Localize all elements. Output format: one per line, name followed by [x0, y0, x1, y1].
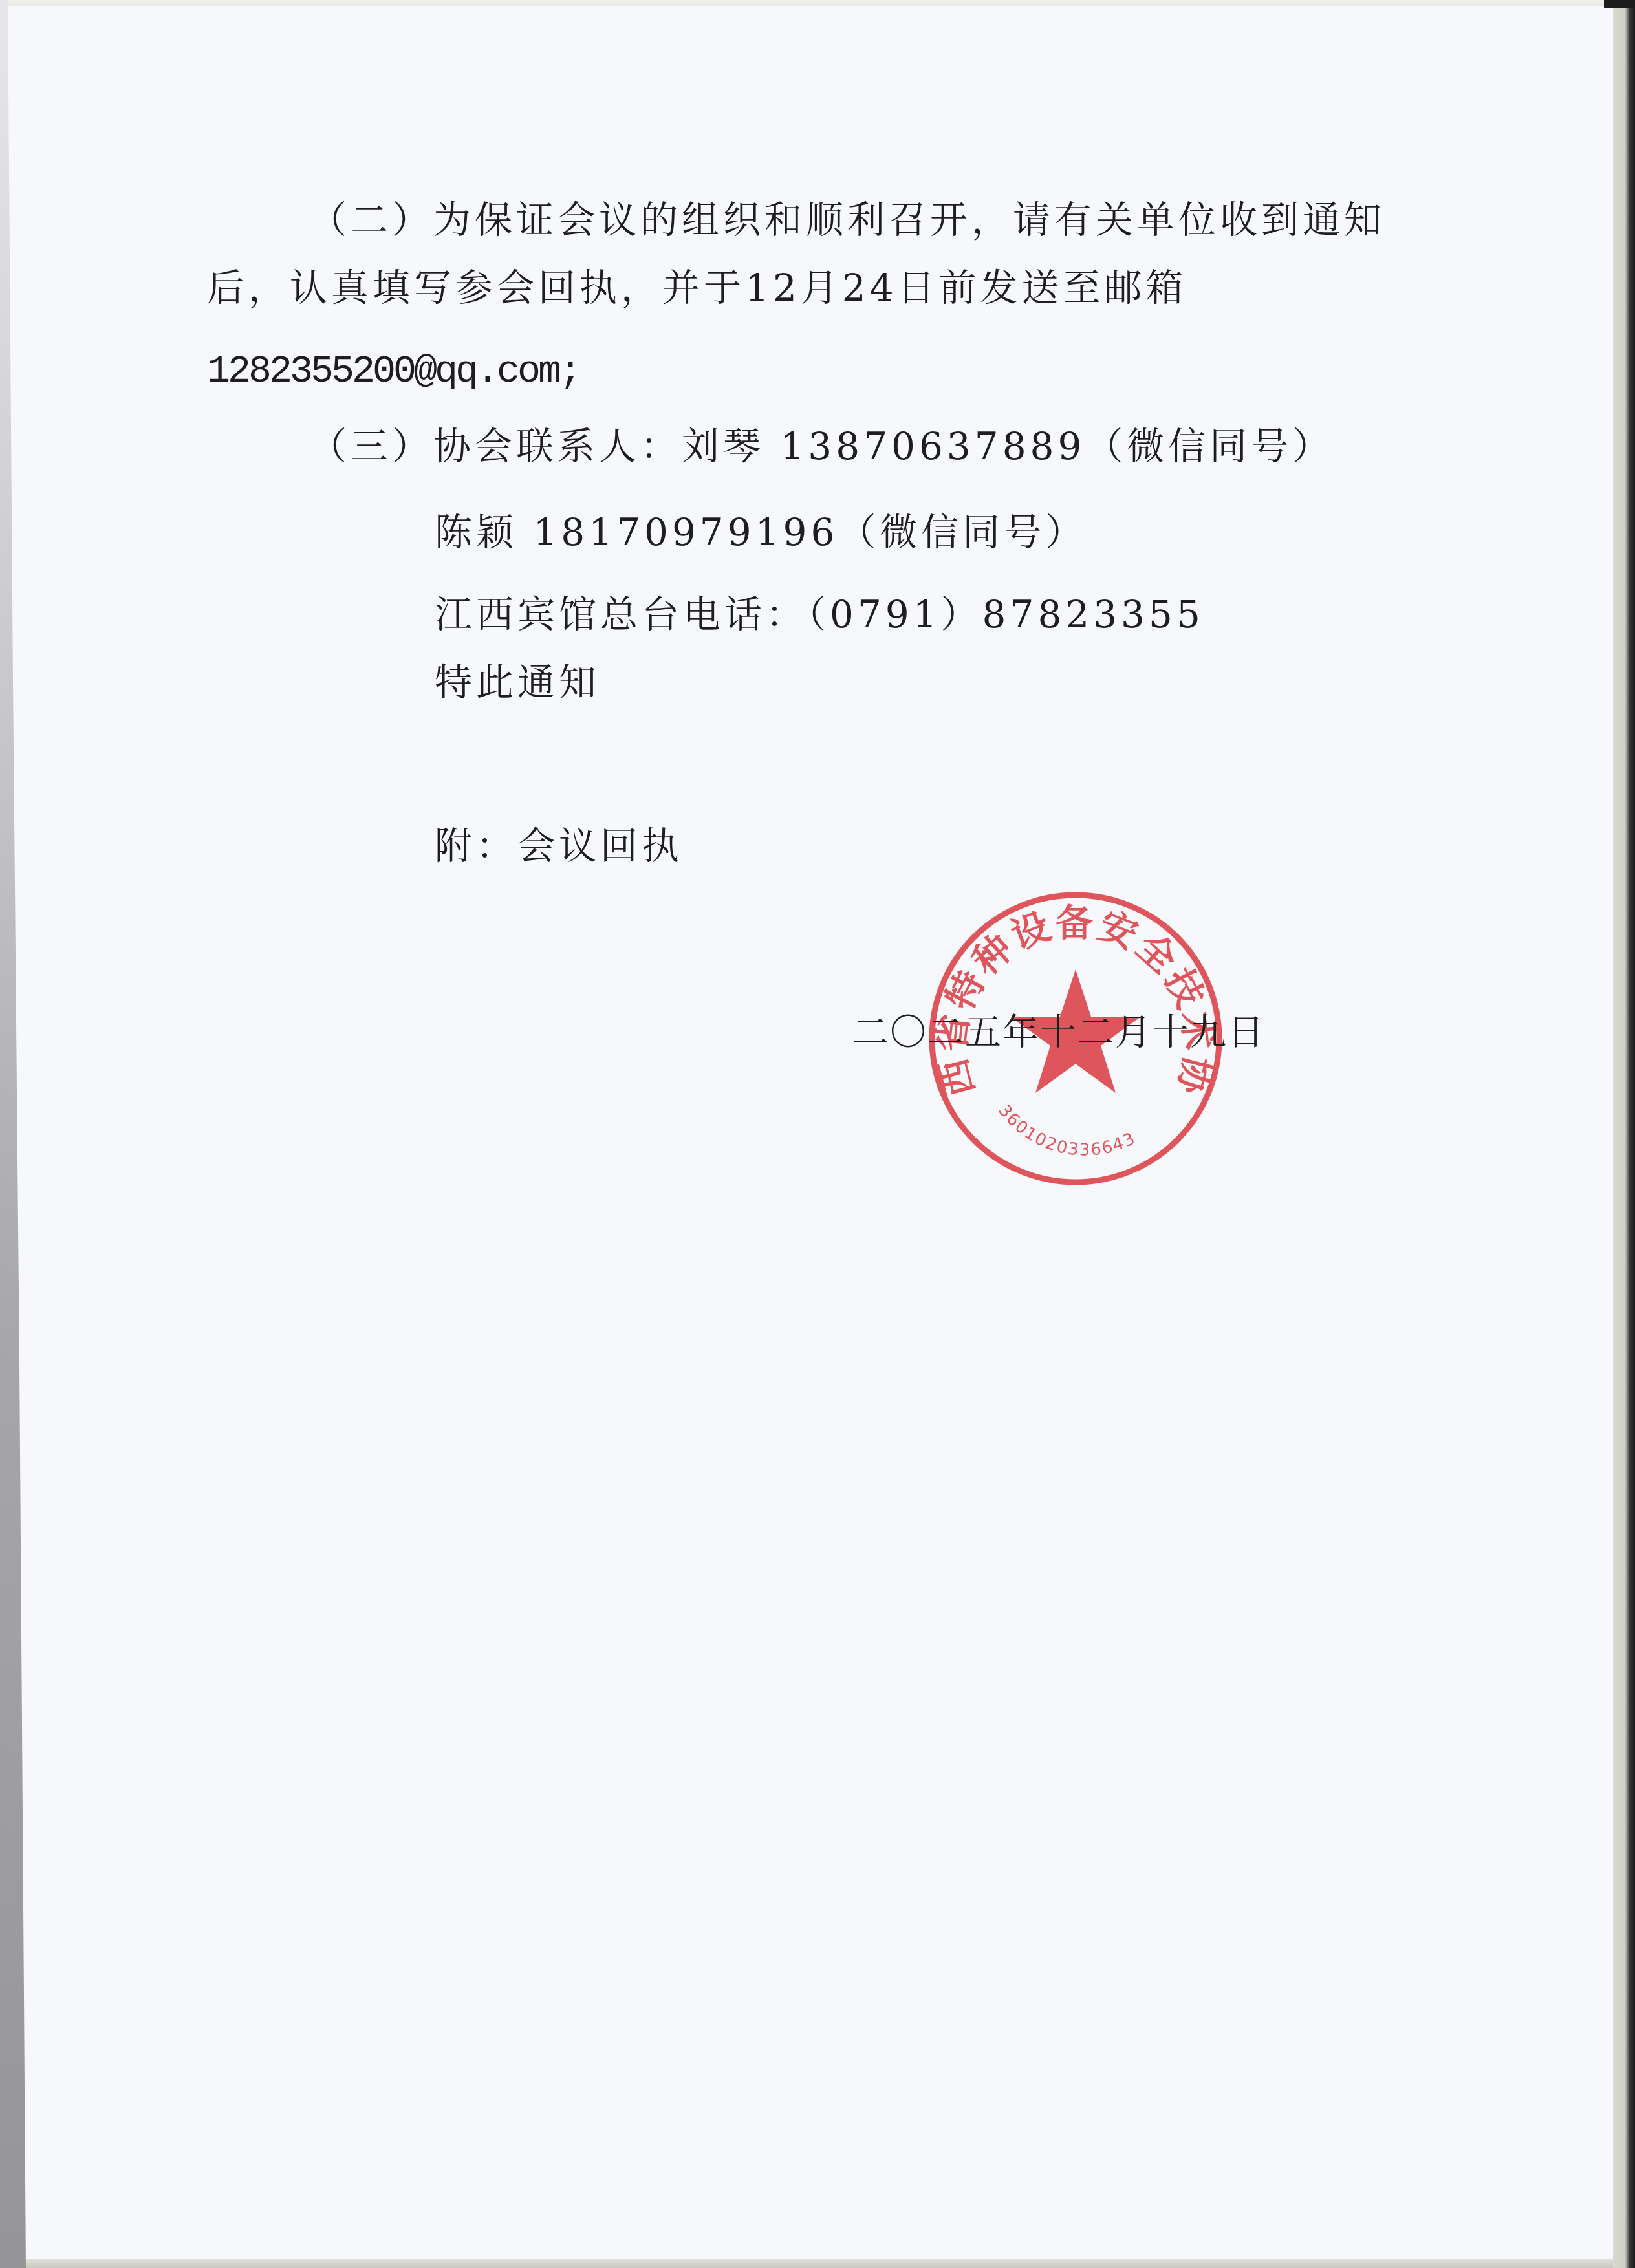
- seal-code: 3601020336643: [994, 1101, 1139, 1160]
- scan-edge-right: [1613, 0, 1635, 2268]
- document-date: 二〇二五年十二月十九日: [852, 1010, 1265, 1055]
- paragraph-3-line-2: 陈颖 18170979196（微信同号）: [435, 510, 1087, 555]
- contact-email: 1282355200@qq.com;: [207, 349, 579, 394]
- attachment-note: 附：会议回执: [435, 823, 683, 869]
- hotel-phone-line: 江西宾馆总台电话：（0791）87823355: [435, 592, 1204, 637]
- scan-edge-top: [0, 0, 1613, 6]
- paragraph-2-line-2: 后，认真填写参会回执，并于12月24日前发送至邮箱: [207, 265, 1187, 310]
- scan-edge-left: [0, 0, 28, 2268]
- scan-edge-right-top: [1604, 0, 1635, 8]
- paragraph-3-line-1: （三）协会联系人：刘琴 13870637889（微信同号）: [309, 424, 1334, 469]
- scan-edge-bottom: [26, 2259, 1613, 2268]
- paragraph-2-line-1: （二）为保证会议的组织和顺利召开，请有关单位收到通知: [309, 197, 1385, 243]
- closing-text: 特此通知: [435, 660, 600, 705]
